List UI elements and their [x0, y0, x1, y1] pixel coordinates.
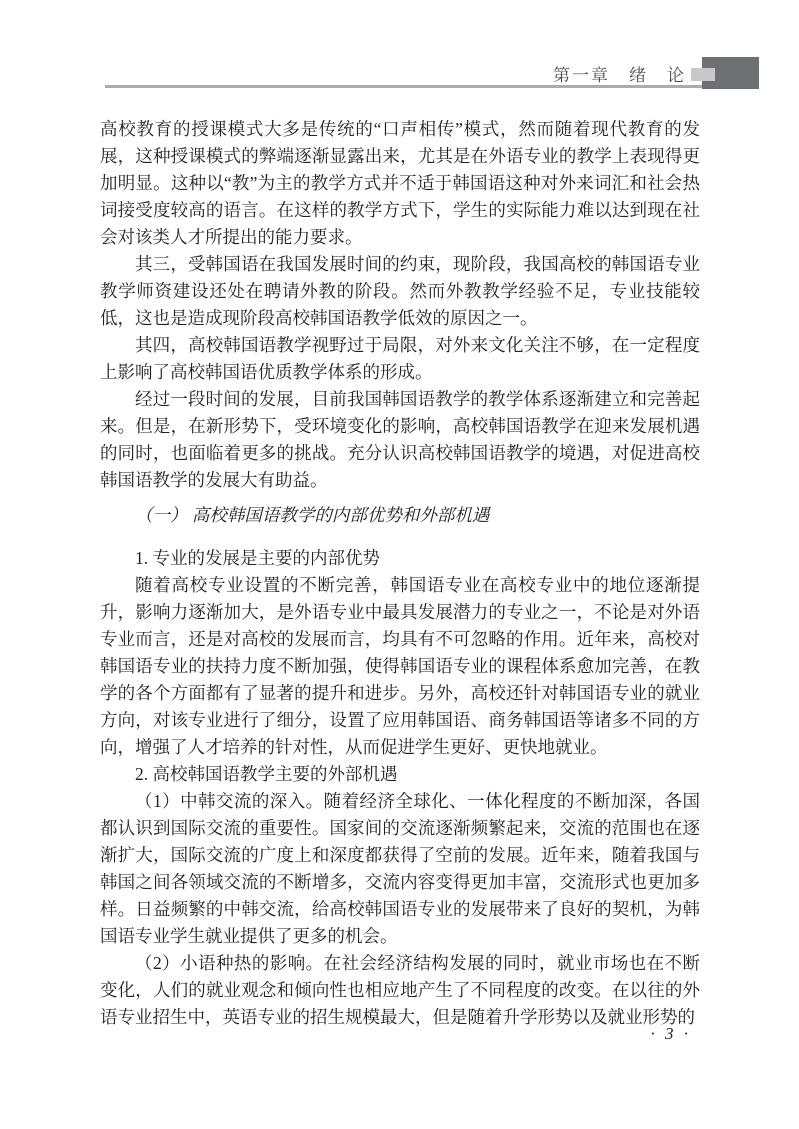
paragraph: （1）中韩交流的深入。随着经济全球化、一体化程度的不断加深，各国都认识到国际交流…	[100, 788, 700, 950]
numbered-heading: 1. 专业的发展是主要的内部优势	[100, 545, 700, 572]
paragraph: 高校教育的授课模式大多是传统的“口声相传”模式，然而随着现代教育的发展，这种授课…	[100, 116, 700, 251]
paragraph: 其三，受韩国语在我国发展时间的约束，现阶段，我国高校的韩国语专业教学师资建设还处…	[100, 251, 700, 332]
paragraph: （2）小语种热的影响。在社会经济结构发展的同时，就业市场也在不断变化，人们的就业…	[100, 950, 700, 1031]
page-number: · 3 ·	[651, 1024, 692, 1044]
section-heading: （一） 高校韩国语教学的内部优势和外部机遇	[100, 502, 700, 529]
book-page: 第一章 绪 论 高校教育的授课模式大多是传统的“口声相传”模式，然而随着现代教育…	[0, 0, 799, 1129]
header-rule	[105, 85, 758, 88]
paragraph: 经过一段时间的发展，目前我国韩国语教学的教学体系逐渐建立和完善起来。但是，在新形…	[100, 386, 700, 494]
numbered-heading: 2. 高校韩国语教学主要的外部机遇	[100, 761, 700, 788]
paragraph: 随着高校专业设置的不断完善，韩国语专业在高校专业中的地位逐渐提升，影响力逐渐加大…	[100, 572, 700, 761]
header-light-square-decoration	[691, 68, 715, 81]
page-body: 高校教育的授课模式大多是传统的“口声相传”模式，然而随着现代教育的发展，这种授课…	[100, 116, 700, 1031]
paragraph: 其四，高校韩国语教学视野过于局限，对外来文化关注不够，在一定程度上影响了高校韩国…	[100, 332, 700, 386]
running-head-chapter-title: 第一章 绪 论	[553, 61, 686, 86]
